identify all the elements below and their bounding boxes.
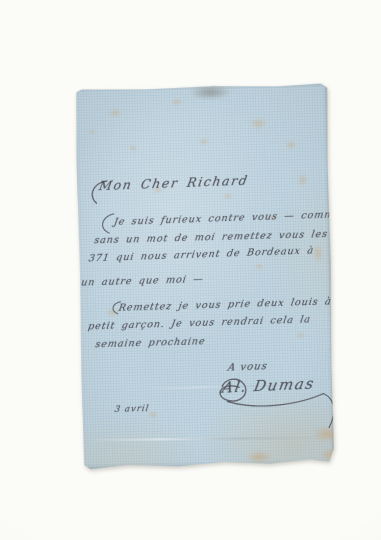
letter-line: 371 qui nous arrivent de Bordeaux à [88,246,315,264]
foxing-stain [127,144,138,152]
foxing-stain [169,97,184,106]
letter-line: un autre que moi — [80,275,204,288]
foxing-stain [247,116,270,131]
foxing-stain [254,262,265,271]
letter-line: petit garçon. Je vous rendrai cela la [87,315,311,332]
foxing-stain [197,137,210,146]
foxing-stain [316,445,348,465]
foxing-stain [283,139,298,150]
foxing-stain [222,192,233,200]
letter-line: semaine prochaine [95,337,207,350]
paper-crease [86,437,330,441]
letter-line: Remettez je vous prie deux louis à mon [118,296,363,313]
foxing-stain [242,449,275,466]
gray-smudge [185,83,235,101]
letter-line: Je suis furieux contre vous — comment [113,210,353,228]
signature-text: Al. Dumas [221,376,316,395]
letter-date: 3 avril [114,405,150,415]
foxing-stain [107,107,124,119]
letter-line: sans un mot de moi remettez vous les [93,230,328,246]
foxing-stain [296,171,309,189]
foxing-stain [87,128,96,135]
letter-salutation: Mon Cher Richard [98,174,249,192]
photo-background: Mon Cher Richard Je suis furieux contre … [0,0,381,540]
letter-paper-wrap: Mon Cher Richard Je suis furieux contre … [75,84,335,471]
letter-paper: Mon Cher Richard Je suis furieux contre … [75,84,335,471]
foxing-stain [295,331,306,339]
